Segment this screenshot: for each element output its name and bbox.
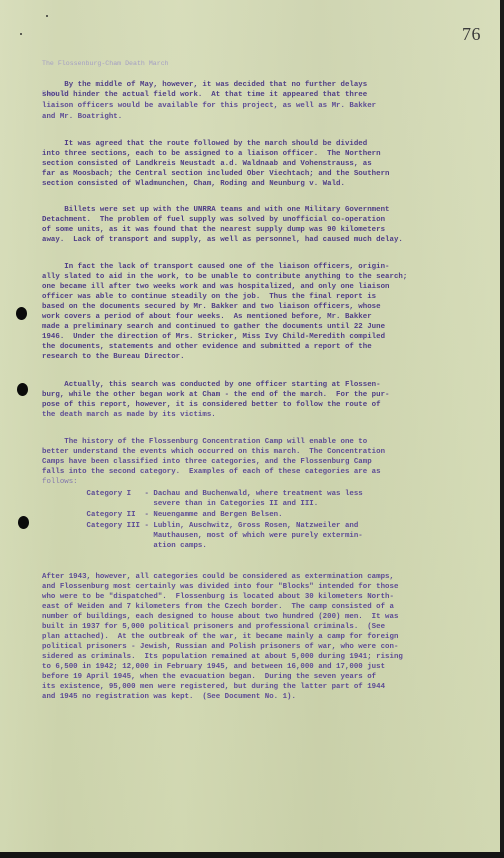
- text-line: After 1943, however, all categories coul…: [42, 572, 394, 582]
- text-line: east of Weiden and 7 kilometers from the…: [42, 602, 394, 612]
- text-line: and Mr. Boatright.: [42, 112, 122, 122]
- text-line: of some units, as it was found that the …: [42, 225, 385, 235]
- category-item: Category III - Lublin, Auschwitz, Gross …: [42, 521, 358, 531]
- text-line: its existence, 95,000 men were registere…: [42, 682, 385, 692]
- category-item: Category I - Dachau and Buchenwald, wher…: [42, 489, 363, 499]
- text-line: officer was able to continue steadily on…: [42, 292, 376, 302]
- text-line: Billets were set up with the UNRRA teams…: [42, 205, 390, 215]
- text-line: sidered as criminals. Its population rem…: [42, 652, 403, 662]
- text-line: liaison officers would be available for …: [42, 101, 376, 111]
- document-page: 76 The Flossenburg-Cham Death March Page…: [0, 0, 500, 852]
- punch-hole: [16, 307, 27, 320]
- text-line: before 19 April 1945, when the evacuatio…: [42, 672, 376, 682]
- document-title: The Flossenburg-Cham Death March: [42, 59, 169, 69]
- text-line: into three sections, each to be assigned…: [42, 149, 381, 159]
- scan-border: [0, 852, 504, 858]
- category-item: Mauthausen, most of which were purely ex…: [42, 531, 363, 541]
- text-line: the death march as made by its victims.: [42, 410, 216, 420]
- text-line: ally slated to aid in the work, to be un…: [42, 272, 407, 282]
- text-line: should hinder the actual field work. At …: [42, 90, 367, 100]
- text-line: far as Moosbach; the Central section inc…: [42, 169, 390, 179]
- text-line: based on the documents secured by Mr. Ba…: [42, 302, 381, 312]
- text-line: one became ill after two weeks work and …: [42, 282, 390, 292]
- text-line: In fact the lack of transport caused one…: [42, 262, 390, 272]
- text-line: section consisted of Wladmunchen, Cham, …: [42, 179, 345, 189]
- text-line: to 6,500 in 1942; 12,000 in February 194…: [42, 662, 385, 672]
- text-line: away. Lack of transport and supply, as w…: [42, 235, 403, 245]
- text-line: falls into the second category. Examples…: [42, 467, 381, 477]
- text-line: number of buildings, each designed to ho…: [42, 612, 398, 622]
- text-line: pose of this report, however, it is cons…: [42, 400, 381, 410]
- speck-mark: [20, 33, 22, 35]
- text-line: section consisted of Landkreis Neustadt …: [42, 159, 372, 169]
- text-line: and Flossenburg most certainly was divid…: [42, 582, 398, 592]
- text-line: The history of the Flossenburg Concentra…: [42, 437, 367, 447]
- speck-mark: [46, 15, 48, 17]
- punch-hole: [18, 516, 29, 529]
- punch-hole: [17, 383, 28, 396]
- text-line: who were to be "dispatched". Flossenburg…: [42, 592, 394, 602]
- text-line: work covers a period of about four weeks…: [42, 312, 372, 322]
- text-line: By the middle of May, however, it was de…: [42, 80, 367, 90]
- text-line: and 1945 no registration was kept. (See …: [42, 692, 296, 702]
- text-line: better understand the events which occur…: [42, 447, 385, 457]
- text-line: research to the Bureau Director.: [42, 352, 185, 362]
- text-line: built in 1937 for 5,000 political prison…: [42, 622, 385, 632]
- category-item: ation camps.: [42, 541, 207, 551]
- page-number: 76: [462, 24, 481, 45]
- text-line: 1946. Under the direction of Mrs. Strick…: [42, 332, 385, 342]
- text-line: political prisoners - Jewish, Russian an…: [42, 642, 398, 652]
- category-item: Category II - Neuengamme and Bergen Bels…: [42, 510, 283, 520]
- text-line: Camps have been classified into three ca…: [42, 457, 372, 467]
- text-line: Actually, this search was conducted by o…: [42, 380, 381, 390]
- text-line: Detachment. The problem of fuel supply w…: [42, 215, 385, 225]
- text-line: follows:: [42, 477, 78, 487]
- text-line: It was agreed that the route followed by…: [42, 139, 367, 149]
- text-line: made a preliminary search and continued …: [42, 322, 385, 332]
- text-line: the documents, statements and other evid…: [42, 342, 372, 352]
- category-item: severe than in Categories II and III.: [42, 499, 318, 509]
- text-line: burg, while the other began work at Cham…: [42, 390, 390, 400]
- text-line: plan attached). At the outbreak of the w…: [42, 632, 398, 642]
